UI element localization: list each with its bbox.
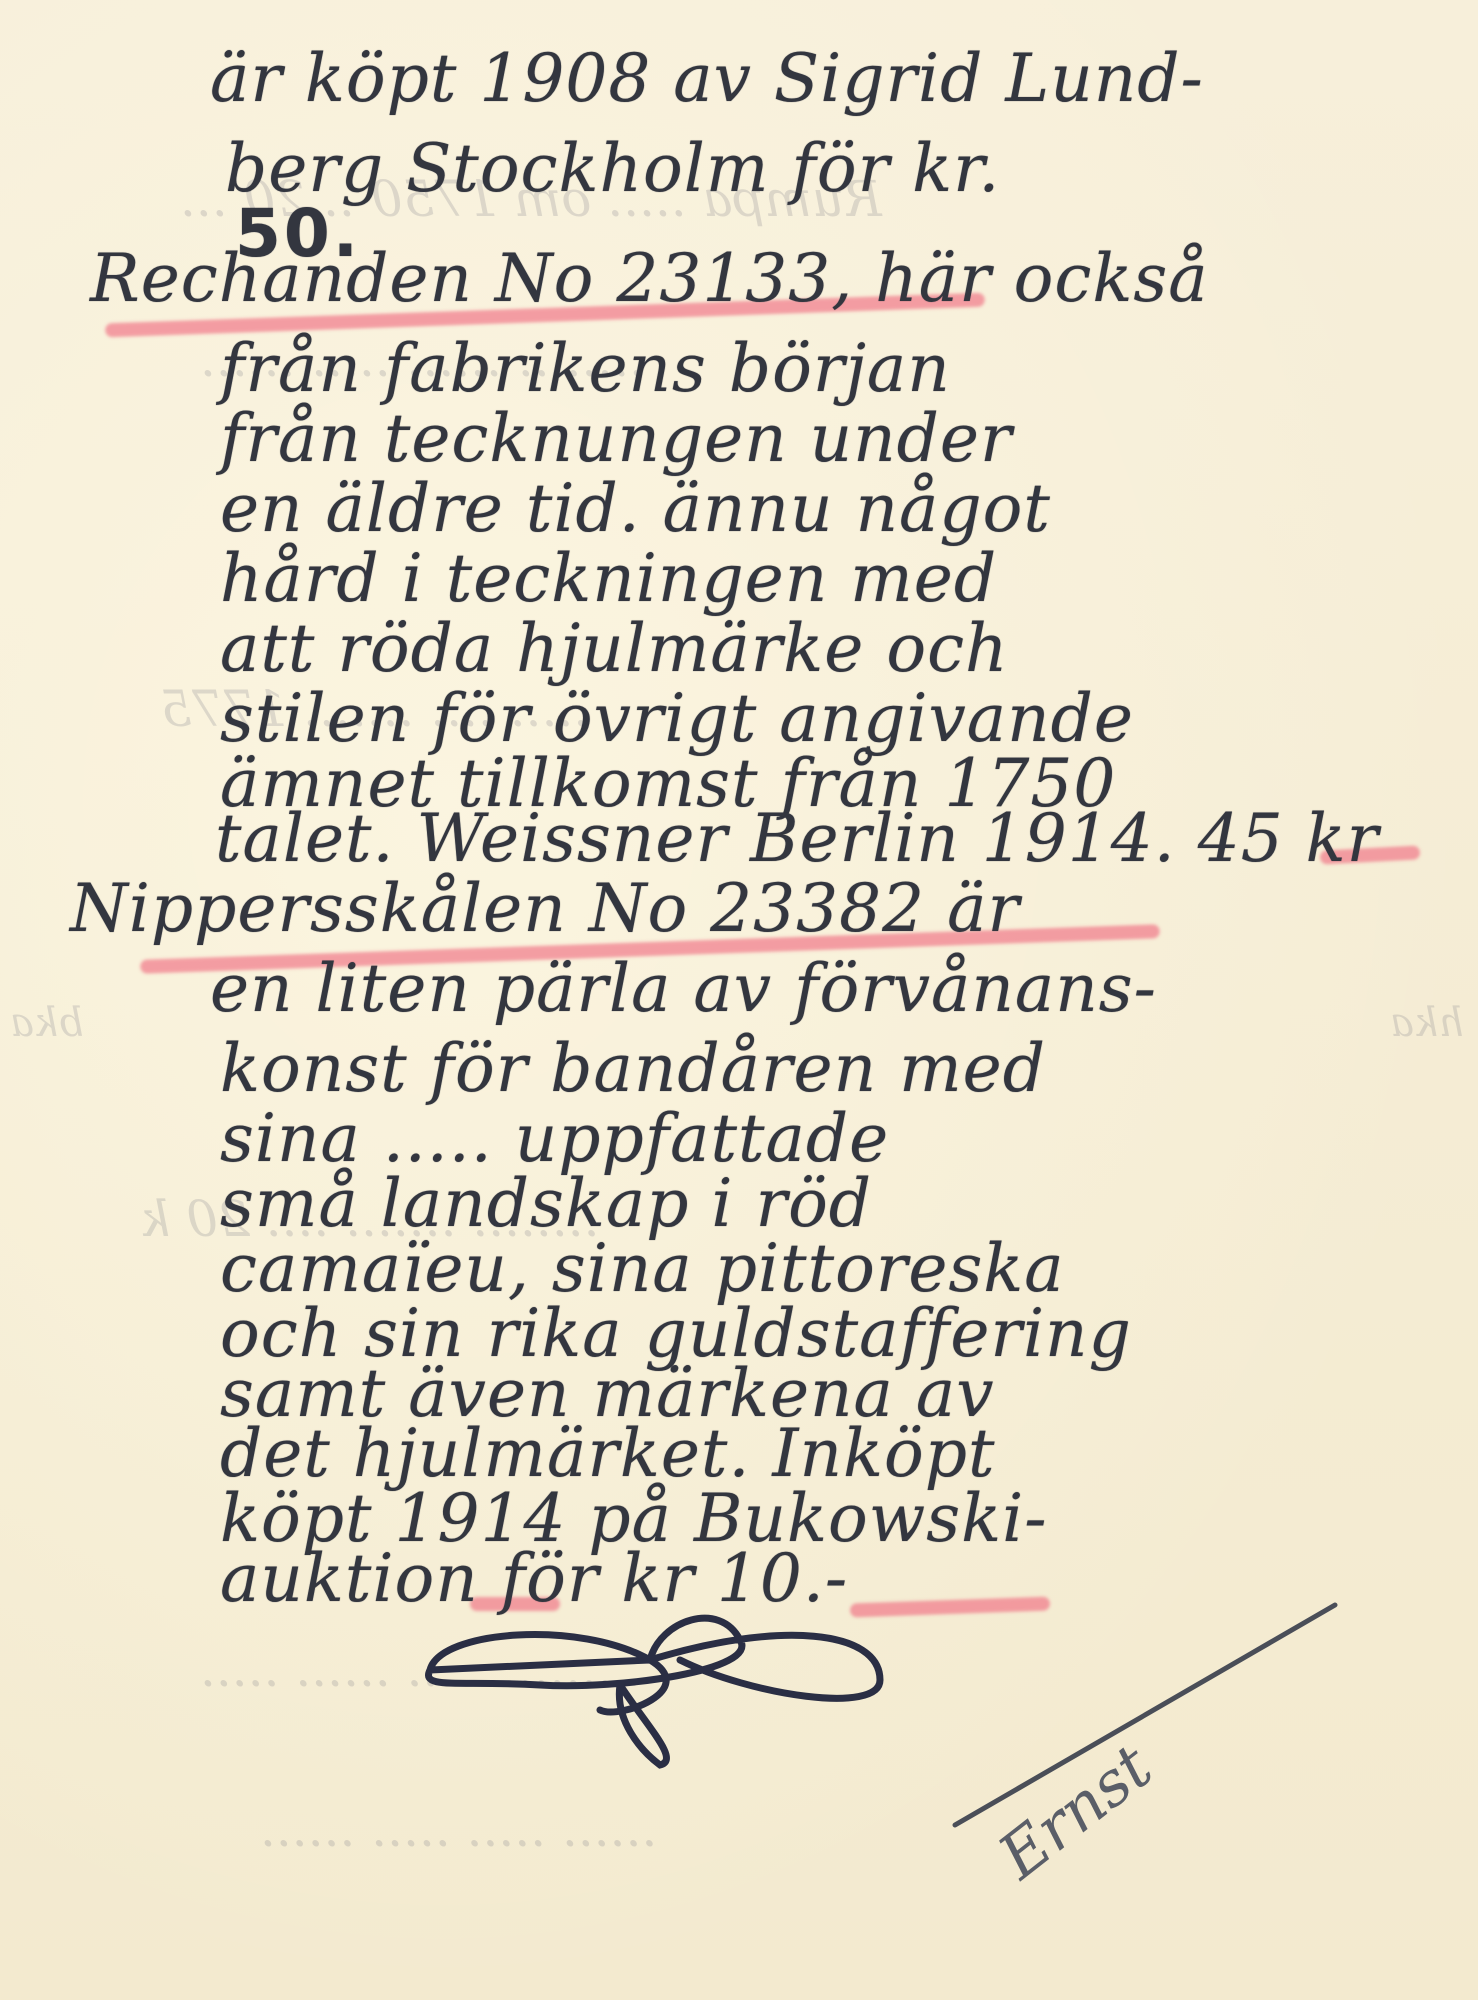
document-page: Rumpa ..... om 1750 .. 20 ... ........ .… (0, 0, 1478, 2000)
text-line: en äldre tid. ännu något (220, 470, 1051, 547)
text-line: Nippersskålen No 23382 är (70, 870, 1020, 947)
text-line: hård i teckningen med (220, 540, 997, 617)
text-line: Rechanden No 23133, här också (90, 240, 1209, 317)
margin-mark-left: bka (10, 1000, 84, 1046)
signature-stroke-icon (950, 1590, 1350, 1840)
text-line: från tecknungen under (220, 400, 1013, 477)
flourish-icon (420, 1600, 900, 1770)
text-line: från fabrikens början (220, 330, 951, 407)
text-line: är köpt 1908 av Sigrid Lund- (210, 40, 1204, 117)
margin-mark-right: hka (1390, 1000, 1464, 1046)
text-line: talet. Weissner Berlin 1914. 45 kr (215, 800, 1379, 877)
bleed-through-text: ...... ..... ..... ...... (260, 1800, 657, 1858)
text-line: att röda hjulmärke och (220, 610, 1009, 687)
text-line: konst för bandåren med (220, 1030, 1046, 1107)
text-line: en liten pärla av förvånans- (210, 950, 1157, 1027)
